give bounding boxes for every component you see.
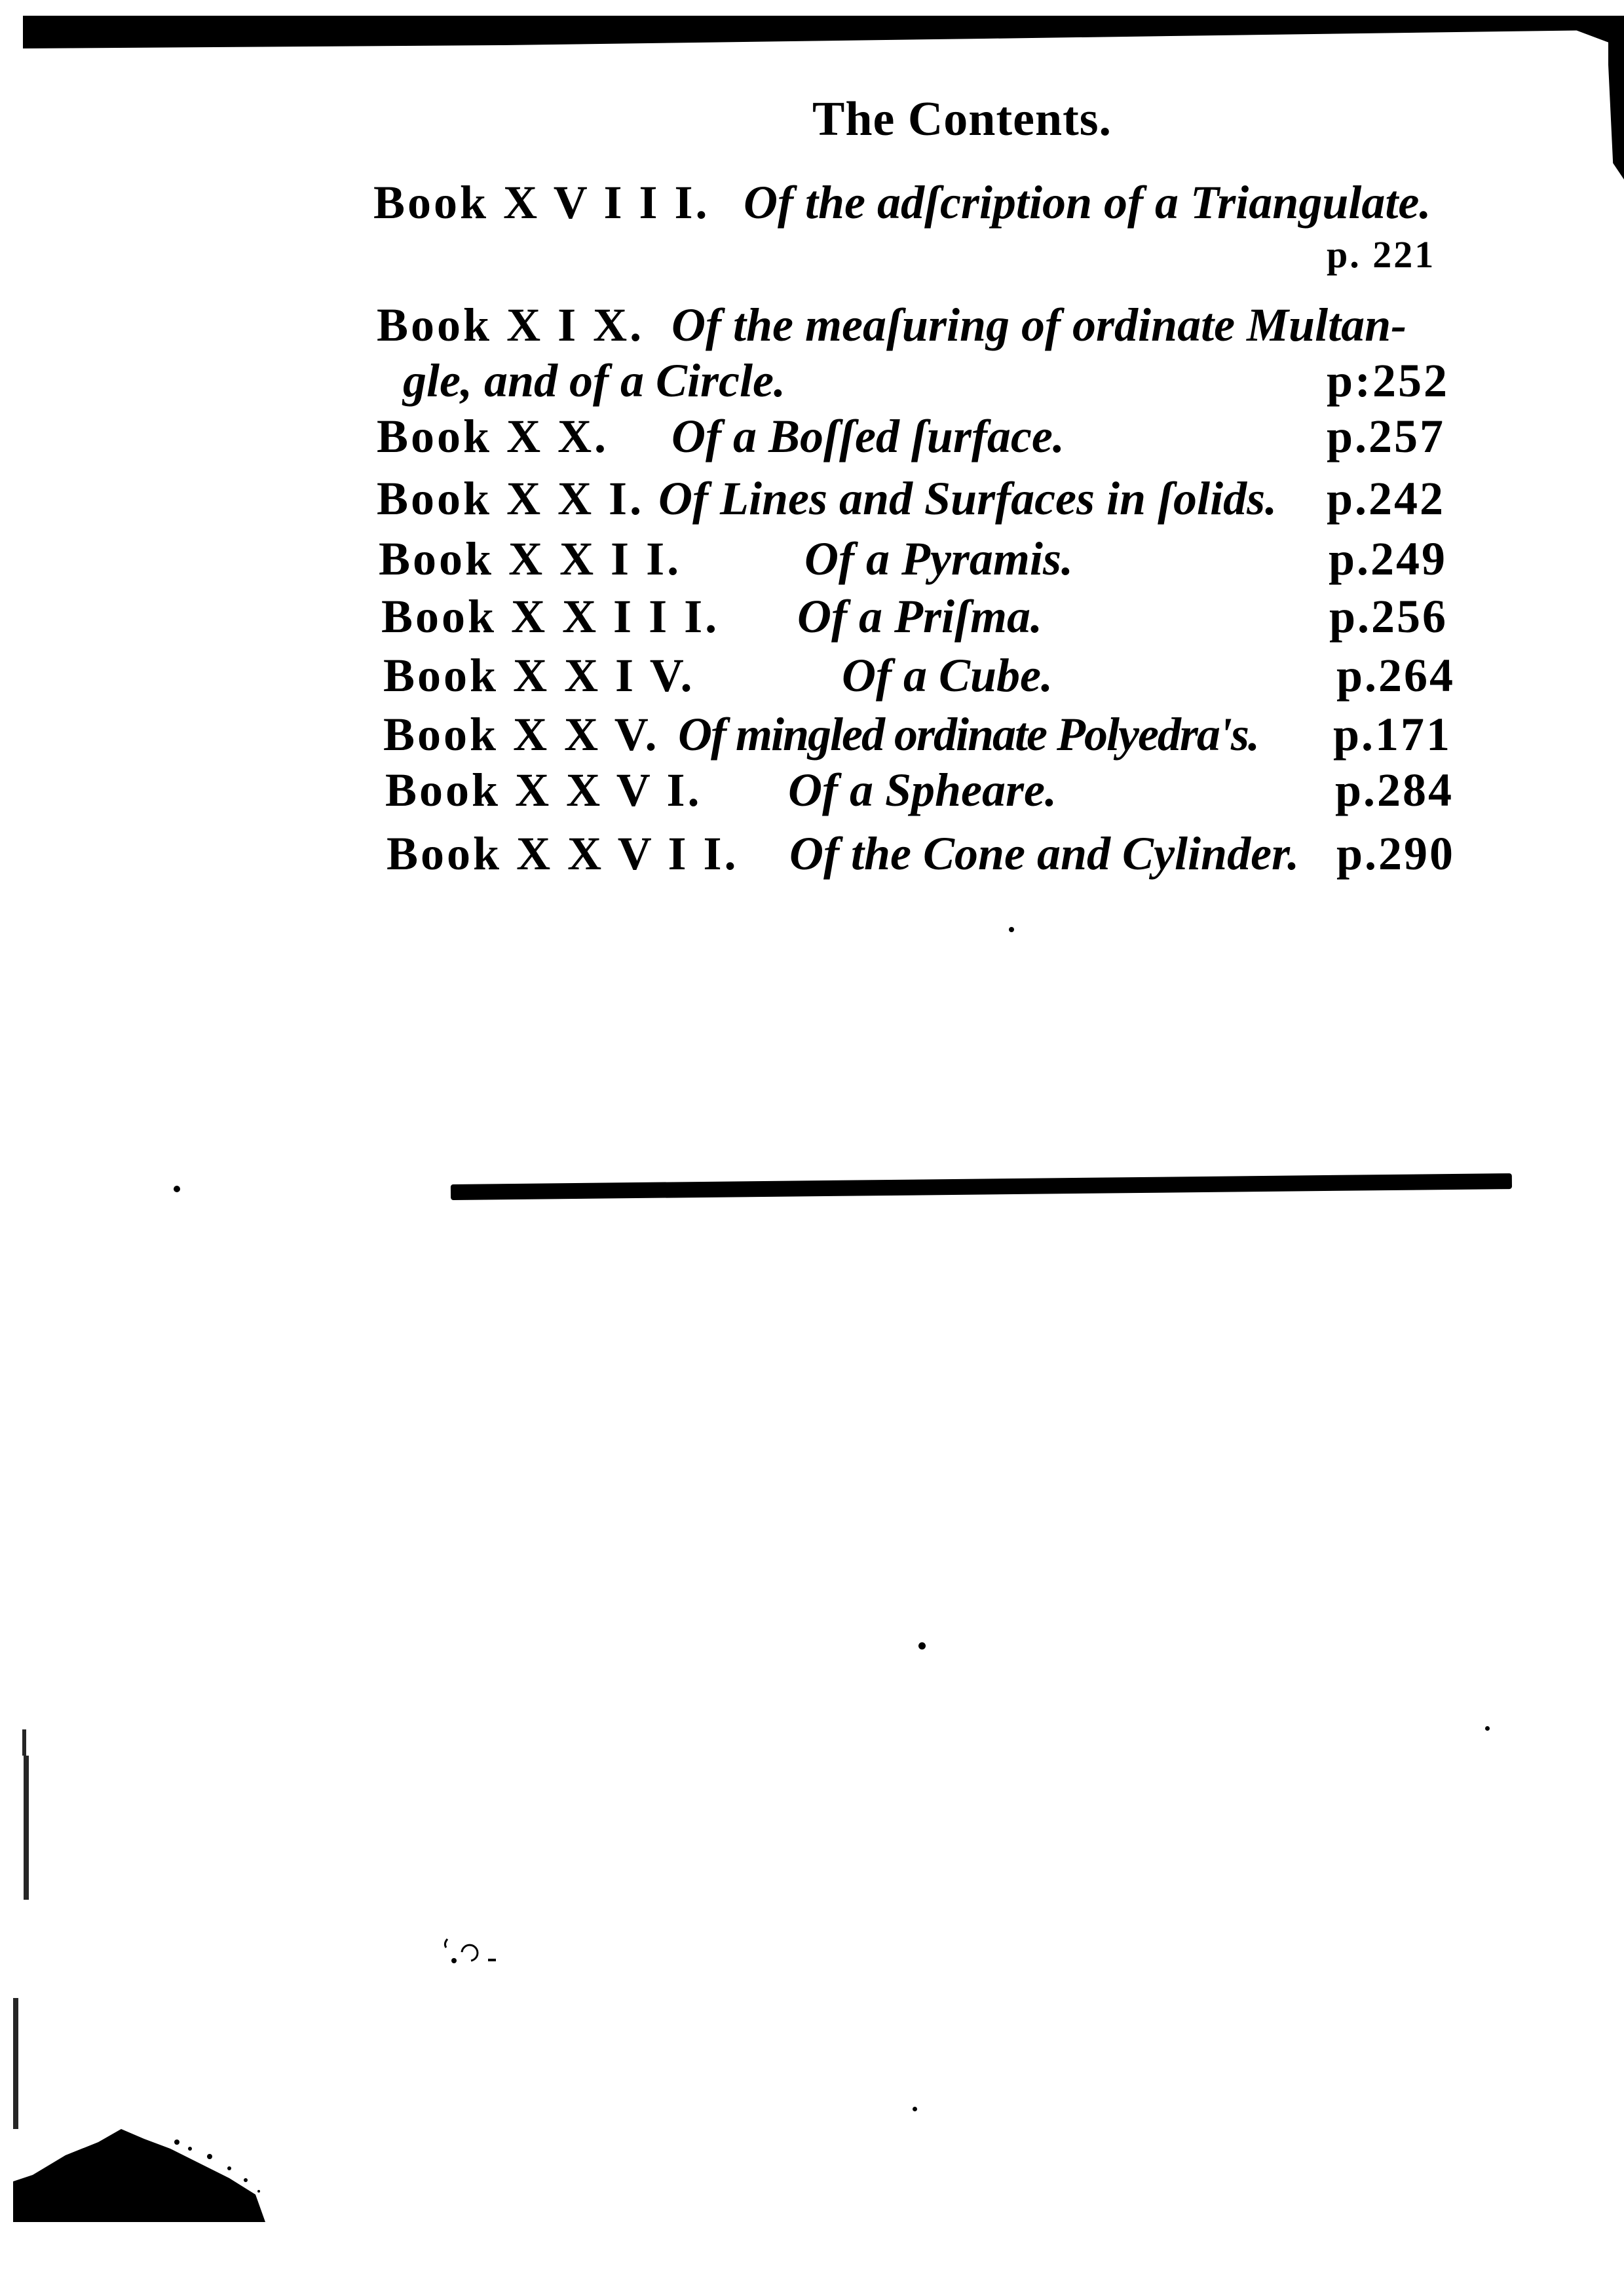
speck	[1009, 927, 1014, 932]
page-reference: p.284	[1335, 763, 1454, 818]
speck	[174, 1186, 180, 1192]
speck	[918, 1642, 926, 1649]
book-subject: Of a Boſſed ſurface.	[671, 409, 1065, 464]
page-reference: p.257	[1327, 409, 1445, 464]
speck	[913, 2107, 917, 2111]
scan-left-speckle	[22, 1729, 26, 1756]
book-number: Book X X V.	[383, 707, 659, 762]
book-subject: Of a Pyramis.	[804, 532, 1073, 586]
scanned-page: The Contents. Book X V I I I. Of the adſ…	[0, 0, 1624, 2281]
speck	[1485, 1726, 1490, 1731]
page-reference: p. 221	[1327, 233, 1435, 276]
book-subject-continued: gle, and of a Circle.	[403, 354, 785, 408]
book-number: Book X I X.	[377, 298, 644, 352]
page-heading: The Contents.	[812, 92, 1112, 147]
scan-right-edge	[1608, 16, 1624, 179]
book-number: Book X X I I I.	[381, 590, 719, 644]
book-subject: Of the adſcription of a Triangulate.	[744, 176, 1431, 230]
ink-blot-corner	[13, 2103, 269, 2222]
book-number: Book X X I V.	[383, 649, 695, 703]
book-number: Book X X I.	[377, 472, 644, 526]
book-subject: Of the meaſuring of ordinate Multan-	[671, 298, 1407, 352]
page-reference: p.290	[1336, 827, 1455, 881]
scan-left-speckle	[24, 1756, 29, 1900]
page-reference: p.264	[1336, 649, 1455, 703]
horizontal-rule	[451, 1173, 1512, 1200]
book-number: Book X X V I I.	[387, 827, 739, 881]
book-subject: Of a Priſma.	[797, 590, 1042, 644]
book-subject: Of a Spheare.	[788, 763, 1057, 818]
book-number: Book X V I I I.	[373, 176, 710, 230]
book-subject: Of a Cube.	[842, 649, 1053, 703]
book-subject: Of mingled ordinate Polyedra's.	[678, 707, 1258, 762]
page-reference: p:252	[1327, 354, 1449, 408]
book-number: Book X X.	[377, 409, 609, 464]
book-number: Book X X V I.	[385, 763, 702, 818]
page-reference: p.249	[1329, 532, 1447, 586]
scan-top-edge	[23, 16, 1624, 48]
page-reference: p.171	[1333, 707, 1452, 762]
page-reference: p.242	[1327, 472, 1445, 526]
faint-smudge	[442, 1929, 501, 1965]
book-number: Book X X I I.	[379, 532, 681, 586]
book-subject: Of Lines and Surfaces in ſolids.	[658, 472, 1277, 526]
book-subject: Of the Cone and Cylinder.	[789, 827, 1299, 881]
page-reference: p.256	[1329, 590, 1448, 644]
